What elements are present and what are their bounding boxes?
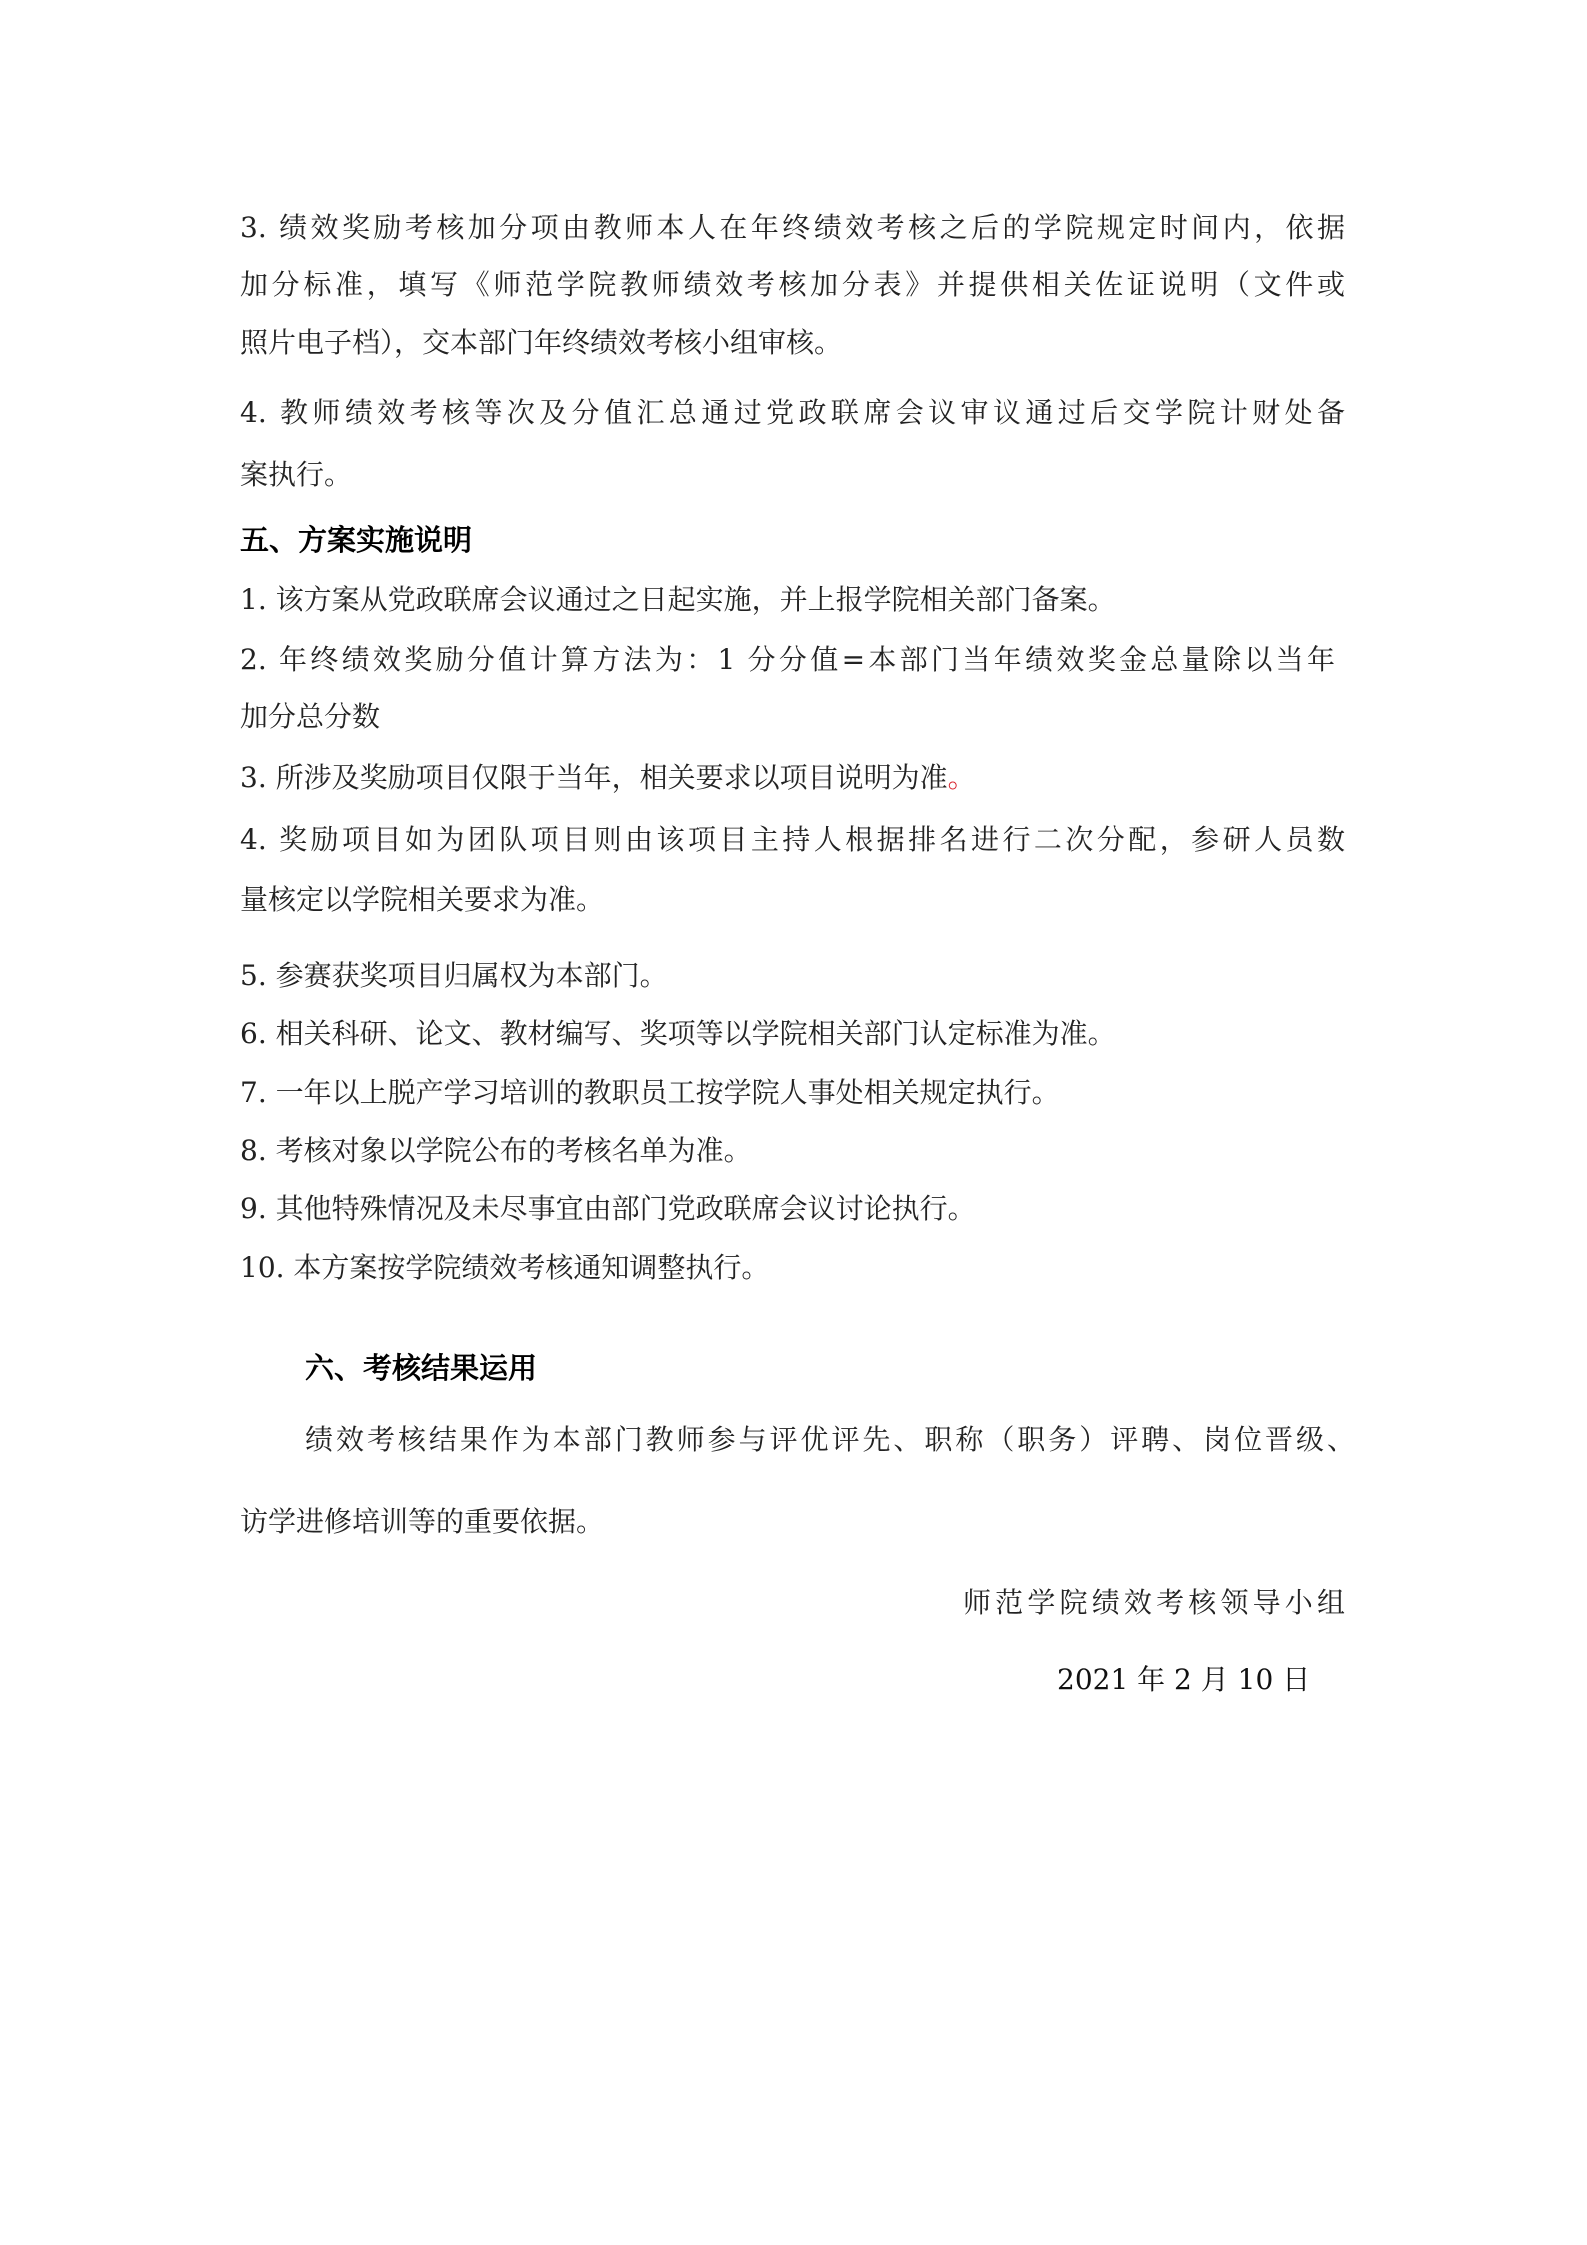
section6-paragraph-line2: 访学进修培训等的重要依据。 <box>240 1500 604 1544</box>
item4-line1: 4. 教师绩效考核等次及分值汇总通过党政联席会议审议通过后交学院计财处备 <box>240 391 1345 435</box>
section5-heading: 五、方案实施说明 <box>240 518 472 562</box>
section5-item2-line1: 2. 年终绩效奖励分值计算方法为：1 分分值=本部门当年绩效奖金总量除以当年 <box>240 638 1335 682</box>
item3-line1: 3. 绩效奖励考核加分项由教师本人在年终绩效考核之后的学院规定时间内，依据 <box>240 206 1345 250</box>
section5-item2-line2: 加分总分数 <box>240 695 380 739</box>
section5-item7: 7. 一年以上脱产学习培训的教职员工按学院人事处相关规定执行。 <box>240 1071 1060 1115</box>
document-page: 3. 绩效奖励考核加分项由教师本人在年终绩效考核之后的学院规定时间内，依据 加分… <box>0 0 1587 2245</box>
section5-item6: 6. 相关科研、论文、教材编写、奖项等以学院相关部门认定标准为准。 <box>240 1012 1116 1056</box>
signature-organization: 师范学院绩效考核领导小组 <box>963 1581 1345 1625</box>
section5-item9: 9. 其他特殊情况及未尽事宜由部门党政联席会议讨论执行。 <box>240 1187 976 1231</box>
section5-item10: 10. 本方案按学院绩效考核通知调整执行。 <box>240 1246 769 1290</box>
signature-date: 2021 年 2 月 10 日 <box>1057 1658 1310 1702</box>
red-period: 。 <box>948 761 976 794</box>
item3-line2: 加分标准，填写《师范学院教师绩效考核加分表》并提供相关佐证说明（文件或 <box>240 263 1345 307</box>
section5-item3: 3. 所涉及奖励项目仅限于当年，相关要求以项目说明为准。 <box>240 756 976 800</box>
item4-line2: 案执行。 <box>240 453 352 497</box>
section5-item3-text: 3. 所涉及奖励项目仅限于当年，相关要求以项目说明为准 <box>240 761 948 794</box>
section5-item8: 8. 考核对象以学院公布的考核名单为准。 <box>240 1129 752 1173</box>
item3-line3: 照片电子档），交本部门年终绩效考核小组审核。 <box>240 321 842 365</box>
section5-item5: 5. 参赛获奖项目归属权为本部门。 <box>240 954 668 998</box>
section5-item1: 1. 该方案从党政联席会议通过之日起实施，并上报学院相关部门备案。 <box>240 578 1116 622</box>
section5-item4-line1: 4. 奖励项目如为团队项目则由该项目主持人根据排名进行二次分配，参研人员数 <box>240 818 1345 862</box>
section6-paragraph-line1: 绩效考核结果作为本部门教师参与评优评先、职称（职务）评聘、岗位晋级、 <box>305 1418 1355 1462</box>
section6-heading: 六、考核结果运用 <box>305 1346 537 1390</box>
section5-item4-line2: 量核定以学院相关要求为准。 <box>240 878 604 922</box>
